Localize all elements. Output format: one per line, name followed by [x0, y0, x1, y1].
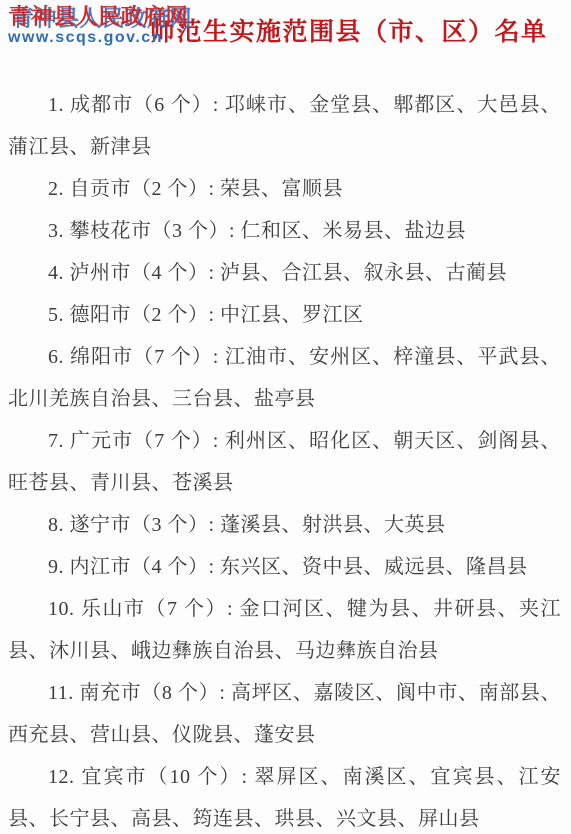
- page-title: 师范生实施范围县（市、区）名单: [150, 12, 548, 48]
- watermark-url: www.scqs.gov.cn: [8, 30, 188, 46]
- list-item-nanchong: 11. 南充市（8 个）: 高坪区、嘉陵区、阆中市、南部县、西充县、营山县、仪陇…: [8, 672, 561, 756]
- document-page: 师范生实施范围县（市、区）名单 青神县人民政府网 www.scqs.gov.cn…: [0, 0, 571, 834]
- list-item-guangyuan: 7. 广元市（7 个）: 利州区、昭化区、朝天区、剑阁县、旺苍县、青川县、苍溪县: [8, 420, 561, 504]
- list-item-panzhihua: 3. 攀枝花市（3 个）: 仁和区、米易县、盐边县: [8, 210, 561, 252]
- list-item-neijiang: 9. 内江市（4 个）: 东兴区、资中县、威远县、隆昌县: [8, 546, 561, 588]
- list-item-zigong: 2. 自贡市（2 个）: 荣县、富顺县: [8, 168, 561, 210]
- list-item-mianyang: 6. 绵阳市（7 个）: 江油市、安州区、梓潼县、平武县、北川羌族自治县、三台县…: [8, 336, 561, 420]
- list-item-luzhou: 4. 泸州市（4 个）: 泸县、合江县、叙永县、古蔺县: [8, 252, 561, 294]
- list-item-leshan: 10. 乐山市（7 个）: 金口河区、犍为县、井研县、夹江县、沐川县、峨边彝族自…: [8, 588, 561, 672]
- county-list: 1. 成都市（6 个）: 邛崃市、金堂县、郫都区、大邑县、蒲江县、新津县 2. …: [0, 84, 571, 834]
- list-item-yibin: 12. 宜宾市（10 个）: 翠屏区、南溪区、宜宾县、江安县、长宁县、高县、筠连…: [8, 756, 561, 834]
- list-item-chengdu: 1. 成都市（6 个）: 邛崃市、金堂县、郫都区、大邑县、蒲江县、新津县: [8, 84, 561, 168]
- list-item-deyang: 5. 德阳市（2 个）: 中江县、罗江区: [8, 294, 561, 336]
- list-item-suining: 8. 遂宁市（3 个）: 蓬溪县、射洪县、大英县: [8, 504, 561, 546]
- document-header: 师范生实施范围县（市、区）名单 青神县人民政府网 www.scqs.gov.cn: [0, 0, 571, 84]
- site-watermark: 青神县人民政府网 www.scqs.gov.cn: [8, 6, 188, 46]
- watermark-site-name: 青神县人民政府网: [8, 6, 188, 28]
